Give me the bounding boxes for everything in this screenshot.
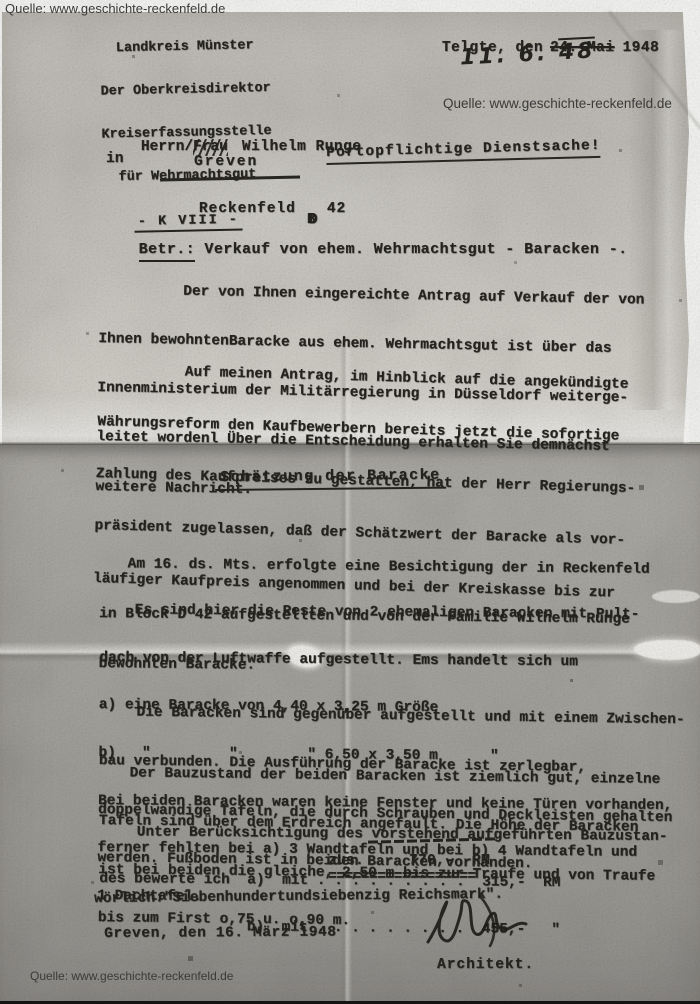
recipient-city: Greven: [194, 154, 258, 170]
ink-specks: [0, 0, 1, 1]
scan-watermark-middle: Quelle: www.geschichte-reckenfeld.de: [443, 96, 672, 111]
letterhead-line: Der Oberkreisdirektor: [76, 81, 296, 100]
handwritten-day-month: 11. 6.: [459, 41, 548, 71]
handwritten-year: 48: [558, 38, 596, 65]
closing-place-date: Greven, den 16. März 1948: [104, 924, 337, 942]
valuation-total: zus. 770,- RM: [328, 853, 490, 869]
address-street: Reckenfeld: [199, 201, 296, 217]
recipient-preposition: in: [106, 151, 123, 167]
text-line: Die Baracken sind gegenüber aufgestellt …: [99, 704, 684, 728]
text-line: Der Bauzustand der beiden Baracken ist z…: [99, 765, 660, 788]
signature-caption: Architekt.: [437, 957, 534, 973]
scanned-document: Landkreis Münster Der Oberkreisdirektor …: [0, 0, 700, 1004]
address-number: 42: [327, 201, 346, 217]
appraisal-heading-text: Schätzung der Baracke: [215, 467, 446, 491]
date-year: 1948: [622, 40, 659, 56]
scan-watermark-top: Quelle: www.geschichte-reckenfeld.de: [5, 1, 225, 16]
total-double-rule: ==================: [328, 869, 476, 885]
scan-watermark-bottom: Quelle: www.geschichte-reckenfeld.de: [30, 969, 233, 983]
text-line: dach von der Luftwaffe aufgestellt. Ems …: [99, 651, 673, 672]
text-line: Der von Ihnen eingereichte Antrag auf Ve…: [99, 282, 644, 309]
text-line: Auf meinen Antrag, im Hinblick auf die a…: [99, 362, 639, 394]
appraisal-heading: Schätzung der Baracke: [215, 468, 446, 487]
text-line: Es sind hier die Reste von 2 ehemaligen …: [100, 603, 674, 624]
letterhead-line: Landkreis Münster: [75, 38, 295, 57]
signature-scrawl: [420, 888, 540, 954]
text-line: Währungsreform den Kaufbewerbern bereits…: [97, 414, 637, 446]
salutation-prefix: Herrn/: [141, 139, 193, 155]
